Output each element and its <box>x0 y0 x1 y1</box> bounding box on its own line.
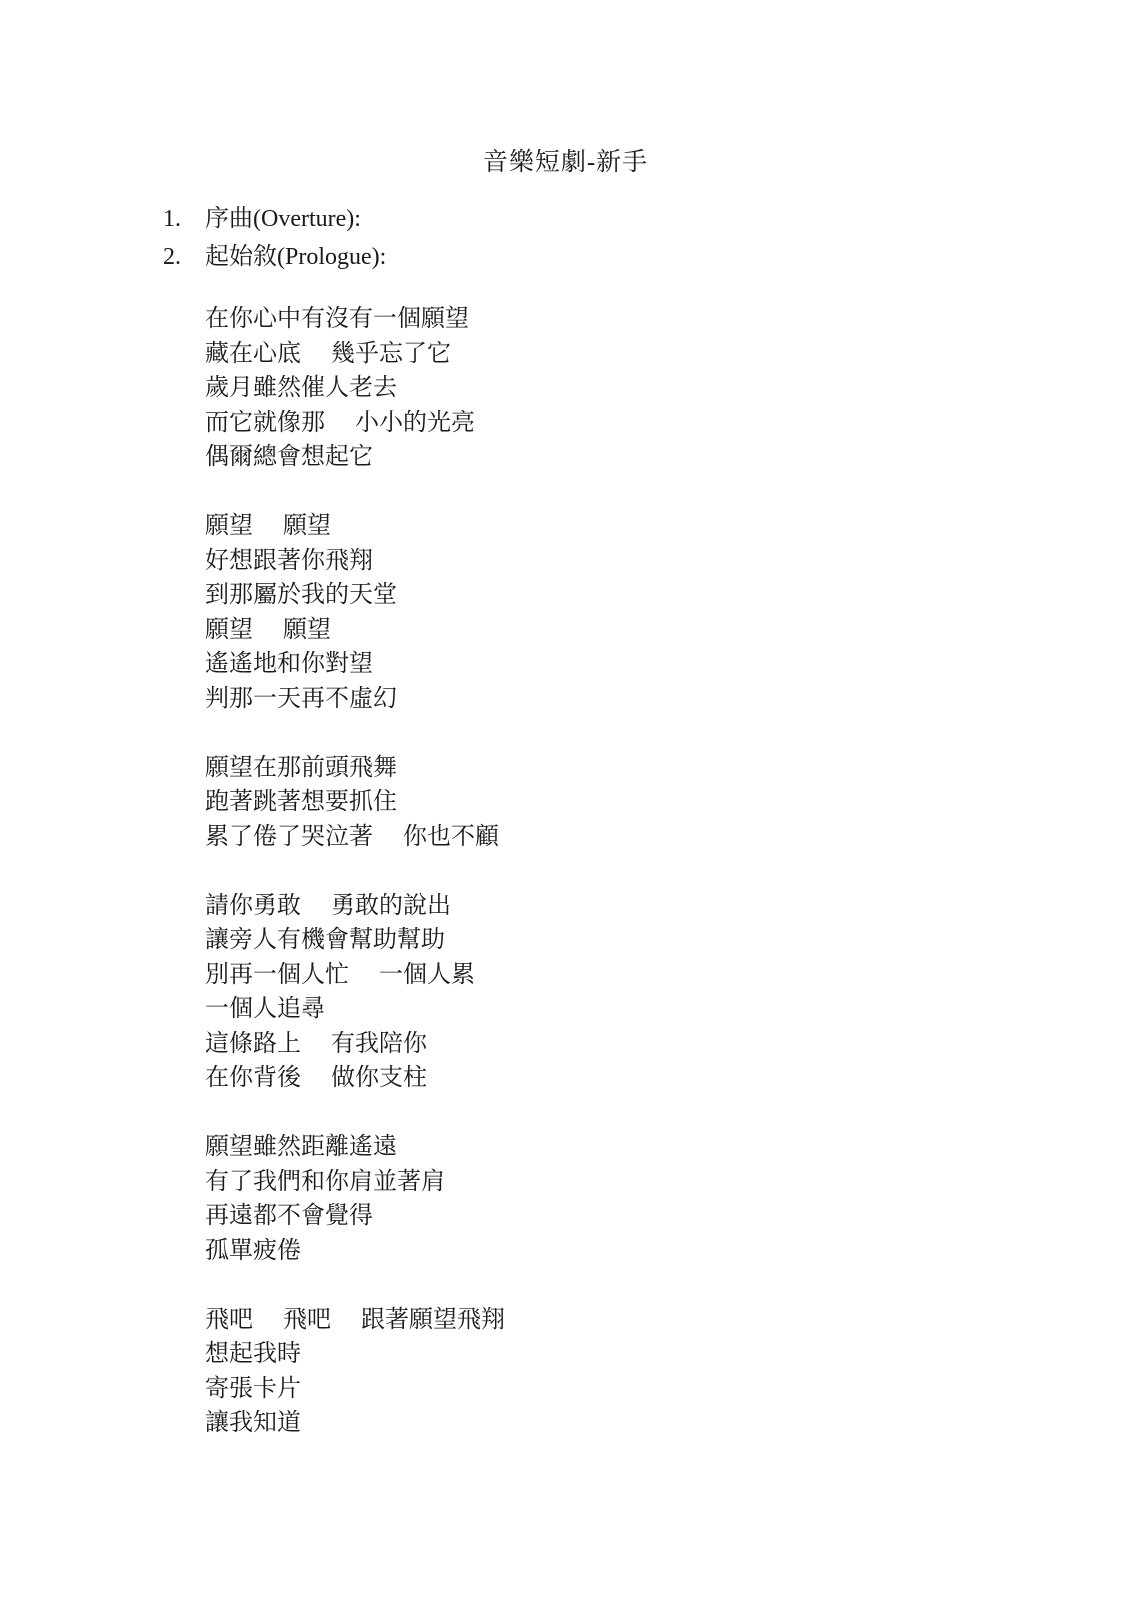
lyric-line: 偶爾總會想起它 <box>205 440 1131 475</box>
lyrics-stanza: 請你勇敢 勇敢的說出讓旁人有機會幫助幫助別再一個人忙 一個人累一個人追尋這條路上… <box>205 889 1131 1096</box>
lyrics-stanza: 在你心中有沒有一個願望藏在心底 幾乎忘了它歲月雖然催人老去而它就像那 小小的光亮… <box>205 302 1131 475</box>
lyric-line: 到那屬於我的天堂 <box>205 578 1131 613</box>
lyric-line: 別再一個人忙 一個人累 <box>205 958 1131 993</box>
lyrics-stanza: 願望在那前頭飛舞跑著跳著想要抓住累了倦了哭泣著 你也不顧 <box>205 751 1131 855</box>
lyric-line: 這條路上 有我陪你 <box>205 1027 1131 1062</box>
lyric-line: 孤單疲倦 <box>205 1234 1131 1269</box>
lyrics-stanza: 願望雖然距離遙遠有了我們和你肩並著肩再遠都不會覺得孤單疲倦 <box>205 1130 1131 1268</box>
lyric-line: 判那一天再不虛幻 <box>205 682 1131 717</box>
lyric-line: 而它就像那 小小的光亮 <box>205 406 1131 441</box>
list-item-number: 1. <box>163 200 205 238</box>
lyric-line: 歲月雖然催人老去 <box>205 371 1131 406</box>
lyric-line: 寄張卡片 <box>205 1372 1131 1407</box>
page-title: 音樂短劇-新手 <box>0 0 1131 180</box>
document-page: 音樂短劇-新手 1.序曲(Overture):2.起始敘(Prologue): … <box>0 0 1131 1600</box>
lyrics-body: 在你心中有沒有一個願望藏在心底 幾乎忘了它歲月雖然催人老去而它就像那 小小的光亮… <box>205 302 1131 1441</box>
lyric-line: 讓我知道 <box>205 1406 1131 1441</box>
numbered-list: 1.序曲(Overture):2.起始敘(Prologue): <box>163 200 1131 276</box>
lyric-line: 願望雖然距離遙遠 <box>205 1130 1131 1165</box>
lyric-line: 讓旁人有機會幫助幫助 <box>205 923 1131 958</box>
lyric-line: 在你心中有沒有一個願望 <box>205 302 1131 337</box>
list-item-text: 序曲(Overture): <box>205 200 361 238</box>
lyric-line: 遙遙地和你對望 <box>205 647 1131 682</box>
list-item-text: 起始敘(Prologue): <box>205 238 386 276</box>
list-item-number: 2. <box>163 238 205 276</box>
lyric-line: 在你背後 做你支柱 <box>205 1061 1131 1096</box>
lyrics-stanza: 飛吧 飛吧 跟著願望飛翔想起我時寄張卡片讓我知道 <box>205 1303 1131 1441</box>
lyrics-stanza: 願望 願望好想跟著你飛翔到那屬於我的天堂願望 願望遙遙地和你對望判那一天再不虛幻 <box>205 509 1131 716</box>
lyric-line: 藏在心底 幾乎忘了它 <box>205 337 1131 372</box>
lyric-line: 飛吧 飛吧 跟著願望飛翔 <box>205 1303 1131 1338</box>
lyric-line: 願望 願望 <box>205 613 1131 648</box>
list-item: 2.起始敘(Prologue): <box>163 238 1131 276</box>
lyric-line: 有了我們和你肩並著肩 <box>205 1165 1131 1200</box>
lyric-line: 一個人追尋 <box>205 992 1131 1027</box>
lyric-line: 再遠都不會覺得 <box>205 1199 1131 1234</box>
lyric-line: 累了倦了哭泣著 你也不顧 <box>205 820 1131 855</box>
list-item: 1.序曲(Overture): <box>163 200 1131 238</box>
lyric-line: 願望在那前頭飛舞 <box>205 751 1131 786</box>
lyric-line: 好想跟著你飛翔 <box>205 544 1131 579</box>
lyric-line: 想起我時 <box>205 1337 1131 1372</box>
lyric-line: 跑著跳著想要抓住 <box>205 785 1131 820</box>
lyric-line: 願望 願望 <box>205 509 1131 544</box>
lyric-line: 請你勇敢 勇敢的說出 <box>205 889 1131 924</box>
